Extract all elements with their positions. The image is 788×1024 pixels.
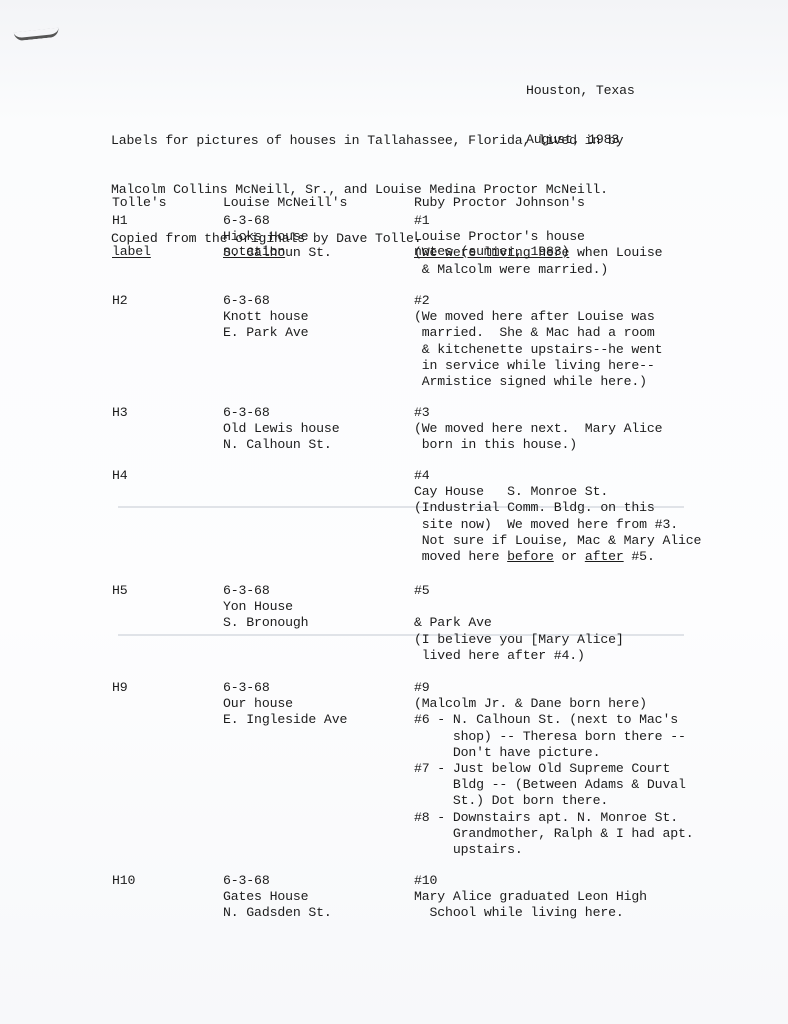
notes-line: Armistice signed while here.) — [414, 374, 662, 390]
entry-notation: 6-3-68Our houseE. Ingleside Ave — [223, 680, 347, 729]
notes-line: Mary Alice graduated Leon High — [414, 889, 647, 905]
entry-label: H3 — [112, 405, 128, 421]
staple-mark — [14, 28, 60, 42]
notes-line: School while living here. — [414, 905, 647, 921]
notes-line: & kitchenette upstairs--he went — [414, 342, 662, 358]
notes-line: Louise Proctor's house — [414, 229, 662, 245]
notes-line: #1 — [414, 213, 662, 229]
notation-line: Gates House — [223, 889, 332, 905]
notation-line: N. Gadsden St. — [223, 905, 332, 921]
entry-label: H4 — [112, 468, 128, 484]
notes-line: #2 — [414, 293, 662, 309]
notes-line: Grandmother, Ralph & I had apt. — [414, 826, 694, 842]
document-page: Houston, Texas August, 1983 Labels for p… — [0, 0, 788, 1024]
entry-notes: #10Mary Alice graduated Leon High School… — [414, 873, 647, 922]
intro-line: Labels for pictures of houses in Tallaha… — [111, 133, 623, 149]
notes-line: (We moved here next. Mary Alice — [414, 421, 662, 437]
entry-notation: 6-3-68Old Lewis houseN. Calhoun St. — [223, 405, 339, 454]
entry-label: H5 — [112, 583, 128, 599]
notes-line: born in this house.) — [414, 437, 662, 453]
underlined-word: after — [585, 549, 624, 564]
column-header-line: Tolle's — [112, 195, 166, 211]
entry-notation: 6-3-68Yon HouseS. Bronough — [223, 583, 308, 632]
notes-line: upstairs. — [414, 842, 694, 858]
notes-line: & Park Ave — [414, 615, 624, 631]
notes-line — [414, 599, 624, 615]
notation-line: Knott house — [223, 309, 308, 325]
notes-line: #9 — [414, 680, 694, 696]
notes-line: #10 — [414, 873, 647, 889]
entry-notes: #9(Malcolm Jr. & Dane born here)#6 - N. … — [414, 680, 694, 858]
notation-line: Old Lewis house — [223, 421, 339, 437]
entry-notation: 6-3-68Gates HouseN. Gadsden St. — [223, 873, 332, 922]
notes-line: (Industrial Comm. Bldg. on this — [414, 500, 701, 516]
notation-line: 6-3-68 — [223, 293, 308, 309]
notation-line: 6-3-68 — [223, 873, 332, 889]
notation-line: 6-3-68 — [223, 583, 308, 599]
notes-line: Bldg -- (Between Adams & Duval — [414, 777, 694, 793]
notes-line: (We were living here when Louise — [414, 245, 662, 261]
notes-line: Don't have picture. — [414, 745, 694, 761]
notes-text: or — [554, 549, 585, 564]
entry-notes: #4Cay House S. Monroe St.(Industrial Com… — [414, 468, 701, 565]
column-header-line: label — [112, 244, 166, 260]
entry-notes: #2(We moved here after Louise was marrie… — [414, 293, 662, 390]
notation-line: S. Calhoun St. — [223, 245, 332, 261]
notes-line: in service while living here-- — [414, 358, 662, 374]
notes-line: site now) We moved here from #3. — [414, 517, 701, 533]
notes-line: St.) Dot born there. — [414, 793, 694, 809]
entry-label: H1 — [112, 213, 128, 229]
notes-line: #4 — [414, 468, 701, 484]
entry-label: H9 — [112, 680, 128, 696]
notes-line: shop) -- Theresa born there -- — [414, 729, 694, 745]
notes-text: #5. — [624, 549, 655, 564]
notes-line: moved here before or after #5. — [414, 549, 701, 565]
entry-label: H10 — [112, 873, 135, 889]
notation-line: 6-3-68 — [223, 213, 332, 229]
notes-line: #7 - Just below Old Supreme Court — [414, 761, 694, 777]
notation-line: 6-3-68 — [223, 680, 347, 696]
column-header-line: Louise McNeill's — [223, 195, 347, 211]
header-location: Houston, Texas — [526, 83, 635, 99]
entry-notes: #1Louise Proctor's house(We were living … — [414, 213, 662, 278]
notes-line: & Malcolm were married.) — [414, 262, 662, 278]
notes-line: #8 - Downstairs apt. N. Monroe St. — [414, 810, 694, 826]
notation-line: N. Calhoun St. — [223, 437, 339, 453]
notation-line: S. Bronough — [223, 615, 308, 631]
notes-line: Not sure if Louise, Mac & Mary Alice — [414, 533, 701, 549]
entry-notes: #3(We moved here next. Mary Alice born i… — [414, 405, 662, 454]
entry-notation: 6-3-68Knott houseE. Park Ave — [223, 293, 308, 342]
notation-line: 6-3-68 — [223, 405, 339, 421]
notation-line: Hicks House — [223, 229, 332, 245]
notes-line: #6 - N. Calhoun St. (next to Mac's — [414, 712, 694, 728]
notes-line: Cay House S. Monroe St. — [414, 484, 701, 500]
notes-line: lived here after #4.) — [414, 648, 624, 664]
notation-line: E. Park Ave — [223, 325, 308, 341]
entry-notation: 6-3-68Hicks HouseS. Calhoun St. — [223, 213, 332, 262]
notes-text: moved here — [414, 549, 507, 564]
underlined-word: before — [507, 549, 554, 564]
notation-line: Our house — [223, 696, 347, 712]
column-header-line: Ruby Proctor Johnson's — [414, 195, 585, 211]
entry-label: H2 — [112, 293, 128, 309]
notes-line: (We moved here after Louise was — [414, 309, 662, 325]
notation-line: Yon House — [223, 599, 308, 615]
notes-line: #5 — [414, 583, 624, 599]
entry-notes: #5 & Park Ave(I believe you [Mary Alice]… — [414, 583, 624, 664]
notes-line: (Malcolm Jr. & Dane born here) — [414, 696, 694, 712]
notes-line: #3 — [414, 405, 662, 421]
notes-line: (I believe you [Mary Alice] — [414, 632, 624, 648]
notes-line: married. She & Mac had a room — [414, 325, 662, 341]
notation-line: E. Ingleside Ave — [223, 712, 347, 728]
